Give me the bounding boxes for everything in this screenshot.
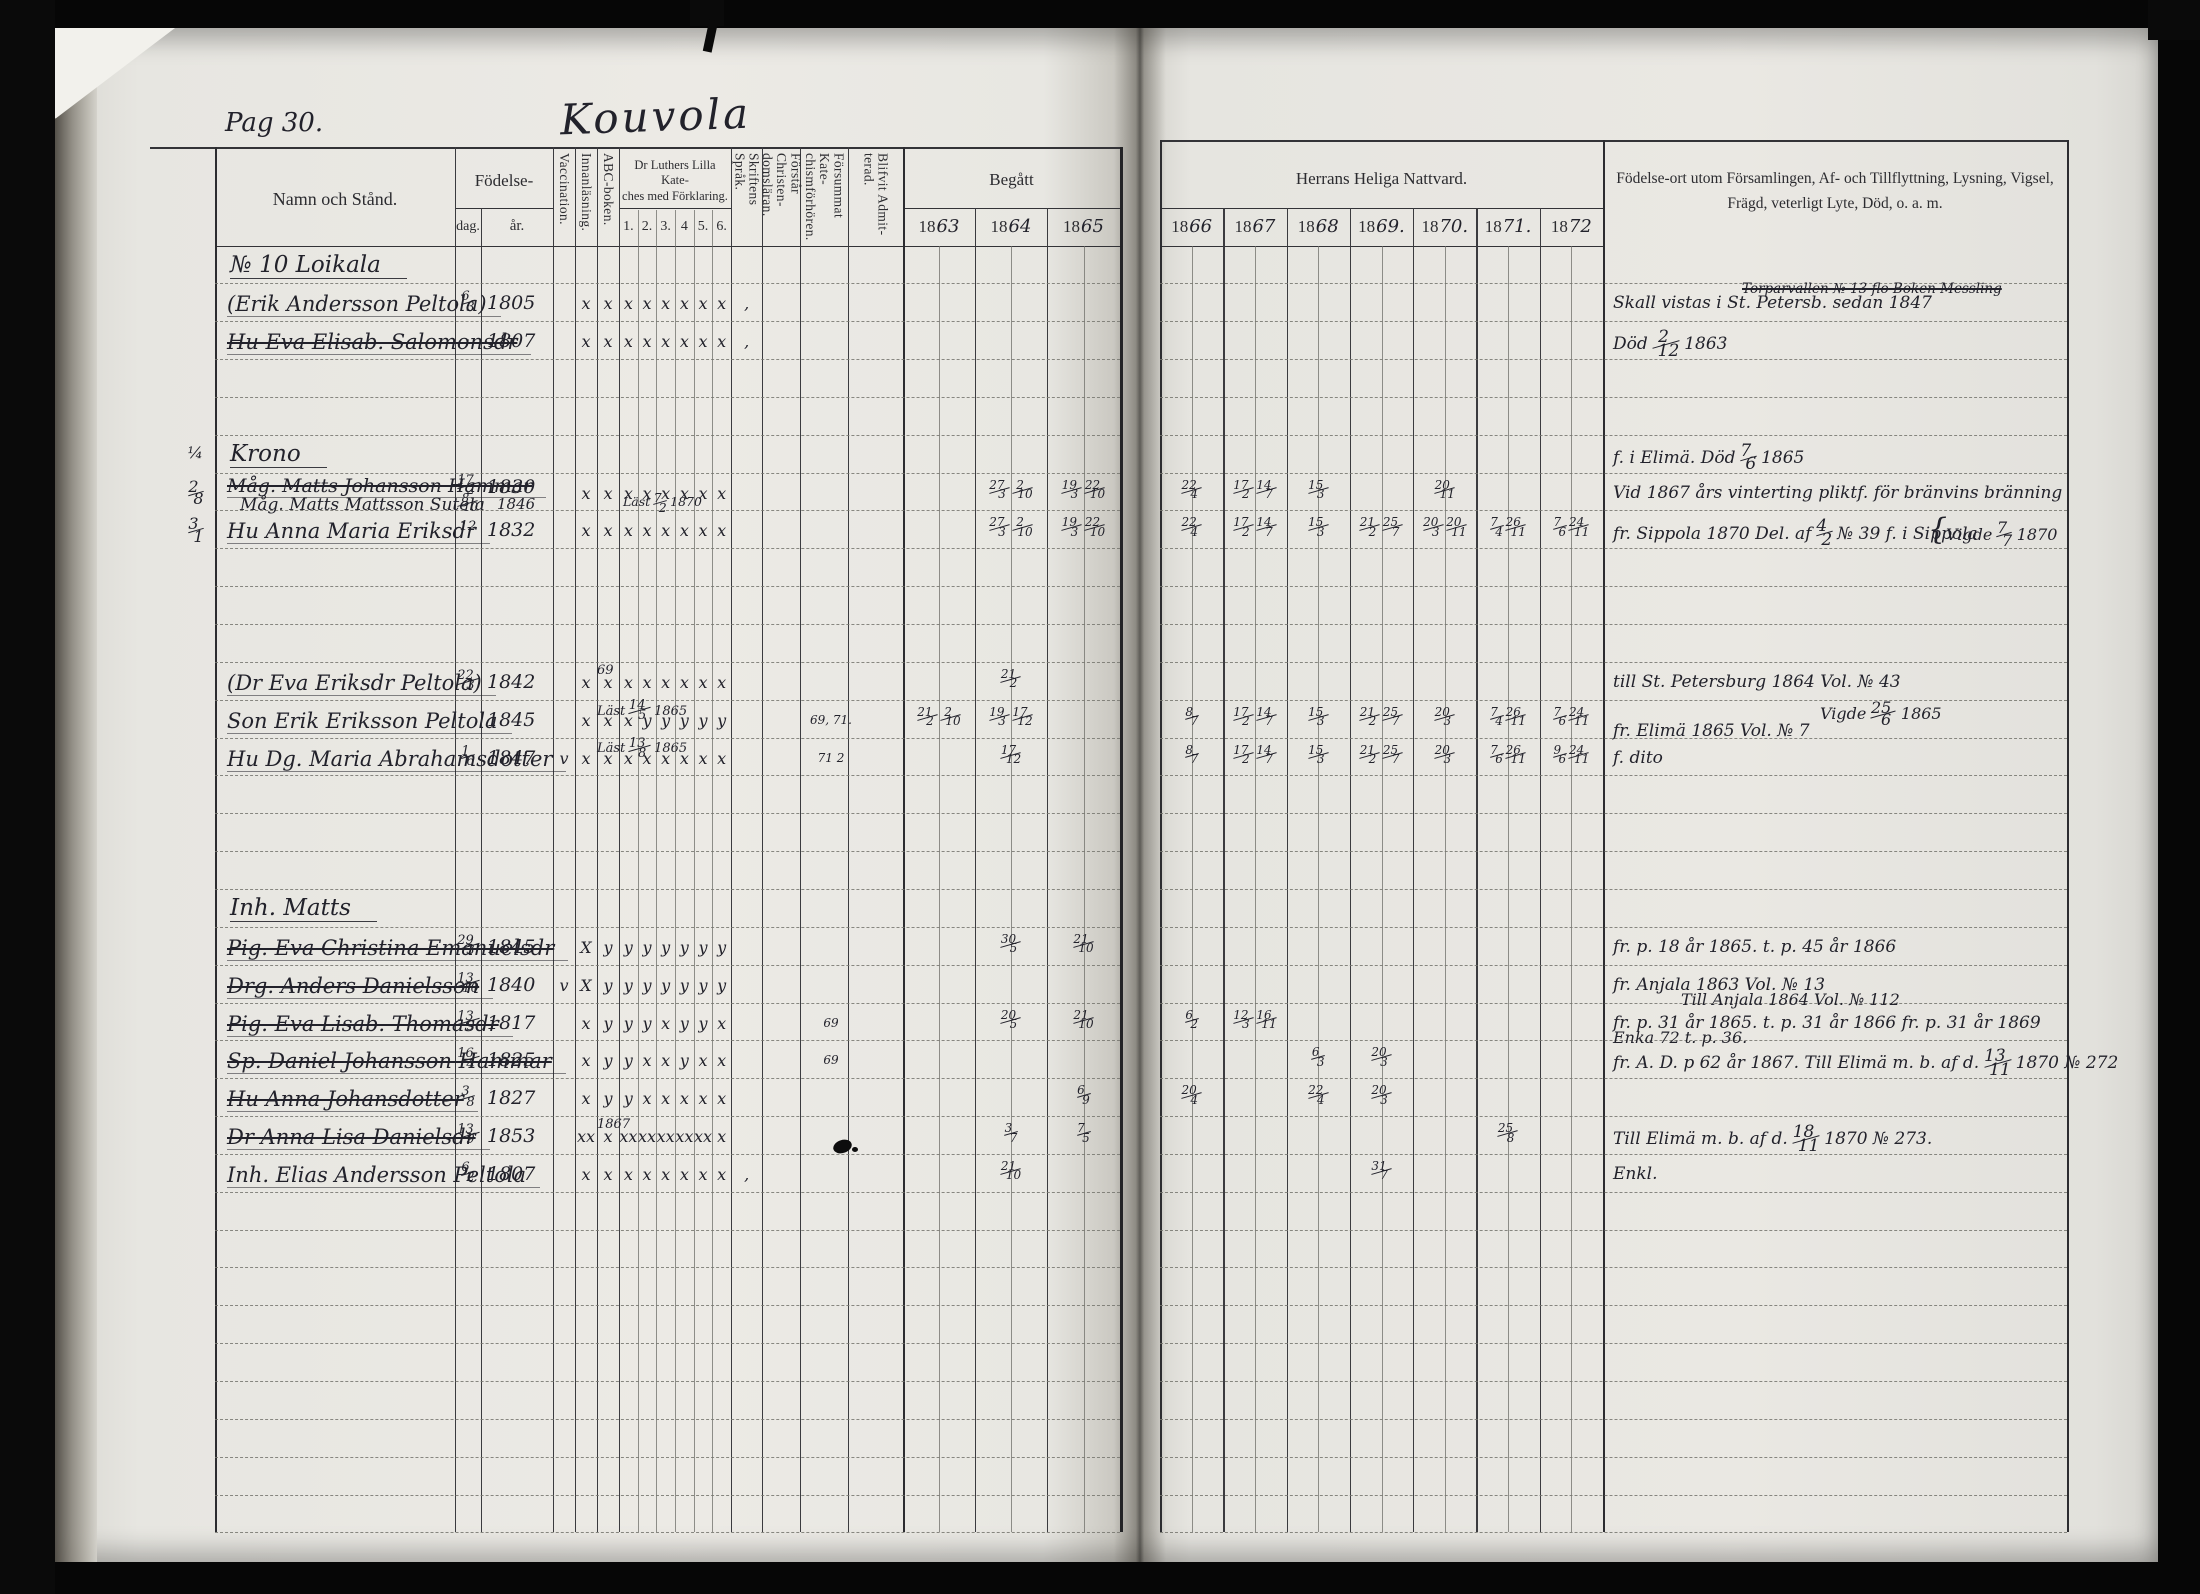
margin-mark: 28 (95, 481, 203, 507)
communion-date: 2011 (1413, 481, 1476, 500)
communion-date: 2110 (1047, 935, 1120, 954)
reading-mark: X (577, 976, 595, 995)
communion-date: 87 (1160, 708, 1223, 727)
reading-mark: x (657, 1051, 675, 1070)
communion-date: 273 210 (975, 481, 1047, 500)
row-line (215, 548, 1120, 549)
row-line (215, 1457, 1120, 1458)
column-line (656, 210, 657, 1532)
birth-day: 223 (455, 671, 481, 692)
col-header-script: Skriftens Språk. (731, 153, 762, 242)
note-text: Död 212 1863 (1613, 331, 2063, 358)
nattvard-year-1871: 1871. (1476, 208, 1539, 246)
reading-mark: x (713, 1089, 731, 1108)
col-header-admitted: Blifvit Admit-terad. (848, 153, 903, 242)
group-heading: № 10 Loikala (230, 252, 407, 279)
column-line (1540, 208, 1541, 1532)
row-line (215, 1419, 1120, 1420)
row-line (215, 1078, 1120, 1079)
note-text-2: Vigde 256 1865 (1820, 702, 1942, 728)
scan-artifact (690, 0, 724, 26)
row-line (215, 1192, 1120, 1193)
communion-date: 63 (1287, 1048, 1350, 1067)
column-line (903, 147, 905, 1532)
row-line (1160, 1532, 2067, 1533)
reading-mark: x (675, 1165, 693, 1184)
reading-mark: x (713, 1014, 731, 1033)
reading-mark: xx (577, 1127, 595, 1146)
birth-day: 293 (455, 936, 481, 957)
communion-date: 172 147 (1223, 481, 1286, 500)
row-line (1160, 965, 2067, 966)
row-line (1160, 1230, 2067, 1231)
note-text: f. dito (1613, 748, 2063, 768)
row-line (215, 1003, 1120, 1004)
column-line (1287, 208, 1288, 1532)
communion-date: 123 1611 (1223, 1011, 1286, 1030)
note-text-2: Vigde 77 1870 (1946, 522, 2057, 548)
reading-mark: x (577, 1165, 595, 1184)
column-line (597, 147, 598, 1532)
note-text: till St. Petersburg 1864 Vol. № 43 (1613, 672, 2063, 692)
communion-date: 69 (1047, 1086, 1120, 1105)
margin-mark: ¼ (95, 443, 203, 462)
row-line (1160, 1457, 2067, 1458)
birth-year: 1805 (487, 292, 535, 314)
communion-date: 258 (1476, 1124, 1539, 1143)
reading-mark: x (694, 332, 712, 351)
row-line (1160, 1192, 2067, 1193)
communion-date: 74 2611 (1476, 708, 1539, 727)
row-line (215, 473, 1120, 474)
col-header-name: Namn och Stånd. (215, 182, 455, 216)
row-line (215, 359, 1120, 360)
col-header-catechism-3: 3. (656, 208, 675, 245)
communion-date: 193 2210 (1047, 518, 1120, 537)
begatt-year-1863: 1863 (903, 208, 975, 246)
missed-years: 69 (800, 1016, 862, 1030)
communion-date: 2110 (1047, 1011, 1120, 1030)
communion-date: 212 257 (1350, 518, 1413, 537)
nattvard-year-1869: 1869. (1350, 208, 1413, 246)
row-line (1160, 397, 2067, 398)
row-line (215, 283, 1120, 284)
communion-date: 212 257 (1350, 708, 1413, 727)
col-header-script-label: Skriftens Språk. (732, 153, 760, 242)
col-header-understands-label: Förstår Christen- (774, 153, 802, 242)
note-text: Skall vistas i St. Petersb. sedan 1847 (1613, 293, 2063, 313)
reading-mark: y (657, 938, 675, 957)
row-line (215, 1305, 1120, 1306)
reading-mark: y (619, 1014, 637, 1033)
birth-day-interlined: 810 (455, 494, 481, 513)
row-line (215, 889, 1120, 890)
communion-date: 87 (1160, 746, 1223, 765)
column-line (1047, 208, 1048, 1532)
reading-mark: y (694, 976, 712, 995)
reading-mark: x (577, 711, 595, 730)
reading-mark: x (599, 1165, 617, 1184)
catechism-note: Läst 138 1865 (597, 739, 757, 760)
col-header-understands: Förstår Christen-domsläran. (762, 153, 800, 242)
note-text: Enkl. (1613, 1164, 2063, 1184)
communion-date: 37 (975, 1124, 1047, 1143)
reading-mark: y (694, 938, 712, 957)
row-line (1160, 473, 2067, 474)
column-line (975, 208, 976, 1532)
row-line (215, 1343, 1120, 1344)
communion-date: 153 (1287, 708, 1350, 727)
reading-mark: y (599, 938, 617, 957)
person-name: Son Erik Eriksson Peltola (227, 709, 512, 734)
note-text: fr. p. 18 år 1865. t. p. 45 år 1866 (1613, 937, 2063, 957)
communion-date: 1712 (975, 746, 1047, 765)
reading-mark: x (638, 294, 656, 313)
birth-year: 1845 (487, 709, 535, 731)
row-line (215, 397, 1120, 398)
reading-mark: x (713, 1165, 731, 1184)
reading-mark: y (713, 938, 731, 957)
column-line (800, 147, 801, 1532)
brace: { (1928, 512, 1947, 547)
column-line (638, 210, 639, 1532)
col-header-birth-day: dag. (455, 208, 481, 245)
reading-mark: x (577, 484, 595, 503)
row-line (1160, 775, 2067, 776)
catechism-note: Läst 145 1865 (597, 701, 757, 722)
communion-date: 62 (1160, 1011, 1223, 1030)
birth-year: 1832 (487, 519, 535, 541)
row-line (215, 927, 1120, 928)
person-name: Drg. Anders Danielsson (227, 974, 493, 999)
reading-mark: X (577, 938, 595, 957)
reading-mark: v (555, 976, 573, 995)
person-name: Dr Anna Lisa Danielsdr (227, 1125, 490, 1150)
column-line (1476, 208, 1477, 1532)
birth-year: 1847 (487, 747, 535, 769)
reading-mark: y (599, 976, 617, 995)
communion-date: 305 (975, 935, 1047, 954)
communion-date: 153 (1287, 518, 1350, 537)
reading-mark: x (577, 332, 595, 351)
binding-edge (55, 28, 97, 1562)
column-line (731, 147, 732, 1532)
reading-mark: x (694, 521, 712, 540)
column-line (1413, 208, 1414, 1532)
communion-date: 203 (1413, 746, 1476, 765)
row-line (215, 1267, 1120, 1268)
reading-mark: x (713, 521, 731, 540)
reading-mark: y (675, 938, 693, 957)
reading-mark: x (577, 673, 595, 692)
communion-date: 193 1712 (975, 708, 1047, 727)
reading-mark: x (599, 332, 617, 351)
reading-mark: x (619, 521, 637, 540)
page-number: Pag 30. (225, 108, 323, 138)
column-line (481, 208, 482, 1532)
birth-day: 38 (455, 1087, 481, 1108)
row-line (1160, 1078, 2067, 1079)
row-line (215, 1230, 1120, 1231)
row-line (215, 435, 1120, 436)
parish-title: Kouvola (559, 89, 752, 145)
communion-date: 96 2411 (1540, 746, 1603, 765)
reading-mark: y (675, 1051, 693, 1070)
note-text-2: Enka 72 t. p. 36. (1613, 1028, 1747, 1047)
row-line (215, 1381, 1120, 1382)
row-line (1160, 662, 2067, 663)
row-line (1160, 1381, 2067, 1382)
birth-year: 1840 (487, 974, 535, 996)
reading-mark: x (694, 1051, 712, 1070)
birth-year: 1807 (487, 330, 535, 352)
birth-year: 1845 (487, 936, 535, 958)
nattvard-year-1870: 1870. (1413, 208, 1476, 246)
rule-line (1160, 140, 2067, 142)
row-line (215, 775, 1120, 776)
col-header-vaccination: Vaccination. (553, 153, 575, 242)
row-line (1160, 586, 2067, 587)
reading-mark: y (619, 1051, 637, 1070)
reading-mark: x (675, 294, 693, 313)
communion-date: 212 (975, 670, 1047, 689)
communion-date: 153 (1287, 746, 1350, 765)
column-line (762, 147, 763, 1532)
communion-date: 203 (1350, 1086, 1413, 1105)
row-line (215, 813, 1120, 814)
reading-mark: x (675, 1089, 693, 1108)
communion-date: 172 147 (1223, 746, 1286, 765)
column-line (848, 147, 849, 1532)
reading-mark: x (599, 484, 617, 503)
scanned-parish-register: Pag 30. Kouvola Namn och Stånd.Födelse-d… (0, 0, 2200, 1594)
reading-mark: x (638, 1051, 656, 1070)
column-line (1223, 208, 1224, 1532)
birth-year: 1825 (487, 1049, 535, 1071)
communion-date: 224 (1287, 1086, 1350, 1105)
group-heading: Krono (230, 441, 327, 468)
nattvard-year-1868: 1868 (1287, 208, 1350, 246)
column-line (1160, 140, 1162, 1532)
reading-mark: ‚ (738, 294, 756, 313)
col-header-missed-label: Försummat Kate- (817, 153, 845, 242)
birth-year: 1827 (487, 1087, 535, 1109)
reading-mark: x (599, 521, 617, 540)
note-text: Vid 1867 års vinterting pliktf. för brän… (1613, 483, 2063, 503)
reading-mark: x (657, 1014, 675, 1033)
reading-mark: x (657, 294, 675, 313)
reading-mark: ‚ (738, 332, 756, 351)
missed-years: 69, 71. (800, 713, 862, 727)
reading-mark: y (638, 976, 656, 995)
communion-date: 317 (1350, 1162, 1413, 1181)
col-header-reading: Innanläsning. (575, 153, 597, 242)
col-header-vaccination-label: Vaccination. (557, 153, 571, 242)
row-line (1160, 813, 2067, 814)
birth-day: 139 (455, 1012, 481, 1033)
row-line (1160, 1116, 2067, 1117)
row-line (1160, 435, 2067, 436)
row-line (1160, 359, 2067, 360)
note-text: Till Elimä m. b. af d. 1811 1870 № 273. (1613, 1126, 2063, 1153)
reading-mark: y (599, 1089, 617, 1108)
col-header-understands-label: domsläran. (760, 153, 774, 242)
communion-date: 212 257 (1350, 746, 1413, 765)
column-line (712, 210, 713, 1532)
reading-mark: x (657, 1165, 675, 1184)
communion-date: 74 2611 (1476, 518, 1539, 537)
communion-date: 273 210 (975, 518, 1047, 537)
communion-date: 2110 (975, 1162, 1047, 1181)
begatt-year-1865: 1865 (1047, 208, 1120, 246)
row-line (215, 851, 1120, 852)
column-line (575, 147, 576, 1532)
row-line (215, 965, 1120, 966)
row-line (1160, 548, 2067, 549)
reading-mark: x (713, 332, 731, 351)
reading-mark: y (638, 1014, 656, 1033)
communion-date: 204 (1160, 1086, 1223, 1105)
reading-mark: y (638, 938, 656, 957)
row-line (1160, 1419, 2067, 1420)
communion-date: 76 2611 (1476, 746, 1539, 765)
col-header-reading-label: Innanläsning. (579, 153, 593, 242)
row-line (1160, 1343, 2067, 1344)
reading-mark: x (694, 1089, 712, 1108)
row-line (215, 1154, 1120, 1155)
note-text: fr. A. D. p 62 år 1867. Till Elimä m. b.… (1613, 1050, 2063, 1077)
birth-year: 1807 (487, 1163, 535, 1185)
scan-artifact (2148, 0, 2200, 40)
row-line (215, 624, 1120, 625)
row-line (1160, 510, 2067, 511)
communion-date: 224 (1160, 518, 1223, 537)
column-line (694, 210, 695, 1532)
col-header-missed-label: chismförhören. (803, 153, 817, 242)
birth-day: 1310 (455, 974, 481, 995)
person-name: Hu Anna Johansdotter (227, 1087, 478, 1112)
col-header-notes: Födelse-ort utom Församlingen, Af- och T… (1611, 162, 2059, 222)
col-header-admitted-label: terad. (861, 153, 875, 242)
reading-mark: y (675, 1014, 693, 1033)
col-header-nattvard: Herrans Heliga Nattvard. (1160, 163, 1603, 195)
reading-mark: x (638, 1165, 656, 1184)
column-line (2067, 140, 2069, 1532)
nattvard-year-1872: 1872 (1540, 208, 1603, 246)
nattvard-year-1866: 1866 (1160, 208, 1223, 246)
reading-mark: x (694, 294, 712, 313)
reading-mark: v (555, 749, 573, 768)
birth-day: . (455, 330, 481, 345)
rule-line (150, 147, 1120, 149)
column-line (1120, 147, 1123, 1532)
reading-mark: y (599, 1051, 617, 1070)
row-line (215, 1532, 1120, 1533)
col-header-catechism: Dr Luthers Lilla Kate-ches med Förklarin… (619, 155, 731, 207)
communion-date: 75 (1047, 1124, 1120, 1143)
col-header-catechism-1: 1. (619, 208, 638, 245)
column-line (619, 147, 620, 1532)
row-line (1160, 927, 2067, 928)
row-line (1160, 1267, 2067, 1268)
missed-years: 71 2 (800, 751, 862, 765)
reading-mark: x (713, 294, 731, 313)
group-heading: Inh. Matts (230, 895, 377, 922)
nattvard-year-1867: 1867 (1223, 208, 1286, 246)
reading-mark: y (619, 938, 637, 957)
communion-date: 153 (1287, 481, 1350, 500)
scan-artifact (0, 0, 55, 1594)
reading-mark: x (619, 1165, 637, 1184)
row-line (1160, 321, 2067, 322)
reading-mark: x (577, 749, 595, 768)
row-line (1160, 624, 2067, 625)
reading-mark: x (657, 521, 675, 540)
communion-date: 203 (1413, 708, 1476, 727)
communion-date: 224 (1160, 481, 1223, 500)
birth-day: 12 (455, 519, 481, 534)
row-line (1160, 700, 2067, 701)
communion-date: 203 (1350, 1048, 1413, 1067)
birth-day: 62 (455, 1163, 481, 1184)
reading-mark: x (577, 1014, 595, 1033)
reading-mark: y (657, 976, 675, 995)
row-line (1160, 1154, 2067, 1155)
birth-day: 164 (455, 1049, 481, 1070)
column-line (553, 147, 554, 1532)
row-line (215, 586, 1120, 587)
rule-line (215, 246, 1120, 248)
reading-mark: y (619, 1089, 637, 1108)
row-line (1160, 889, 2067, 890)
reading-mark: x (657, 332, 675, 351)
communion-date: 212 210 (903, 708, 975, 727)
catechism-note: 1867 (597, 1117, 757, 1132)
communion-date: 172 147 (1223, 518, 1286, 537)
col-header-catechism-2: 2. (638, 208, 657, 245)
row-line (1160, 1495, 2067, 1496)
reading-mark: x (675, 332, 693, 351)
birth-year: 1817 (487, 1012, 535, 1034)
catechism-note: 69 (597, 663, 757, 678)
reading-mark: x (638, 521, 656, 540)
note-text: f. i Elimä. Död 76 1865 (1613, 445, 2063, 472)
birth-year-interlined: 1846 (497, 495, 535, 513)
birth-year: 1853 (487, 1125, 535, 1147)
person-name-interlined: Måg. Matts Mattsson Sutela (240, 495, 485, 515)
row-line (215, 321, 1120, 322)
person-name: Hu Eva Elisab. Salomonsdr (227, 330, 531, 355)
birth-day: 139 (455, 1125, 481, 1146)
communion-date: 203 2011 (1413, 518, 1476, 537)
col-header-missed: Försummat Kate-chismförhören. (800, 153, 848, 242)
col-header-admitted-label: Blifvit Admit- (876, 153, 890, 242)
reading-mark: y (675, 976, 693, 995)
col-header-abc: ABC-boken. (597, 153, 619, 242)
reading-mark: y (599, 1014, 617, 1033)
row-line (215, 1495, 1120, 1496)
row-line (1160, 1003, 2067, 1004)
col-header-catechism-5: 5. (694, 208, 713, 245)
reading-mark: x (577, 1089, 595, 1108)
reading-mark: y (713, 976, 731, 995)
col-header-birth: Födelse- (455, 161, 553, 201)
row-line (1160, 1305, 2067, 1306)
birth-day: 63 (455, 292, 481, 313)
catechism-note: Läst 72 1870 (623, 493, 783, 513)
reading-mark: x (599, 294, 617, 313)
reading-mark: y (619, 976, 637, 995)
